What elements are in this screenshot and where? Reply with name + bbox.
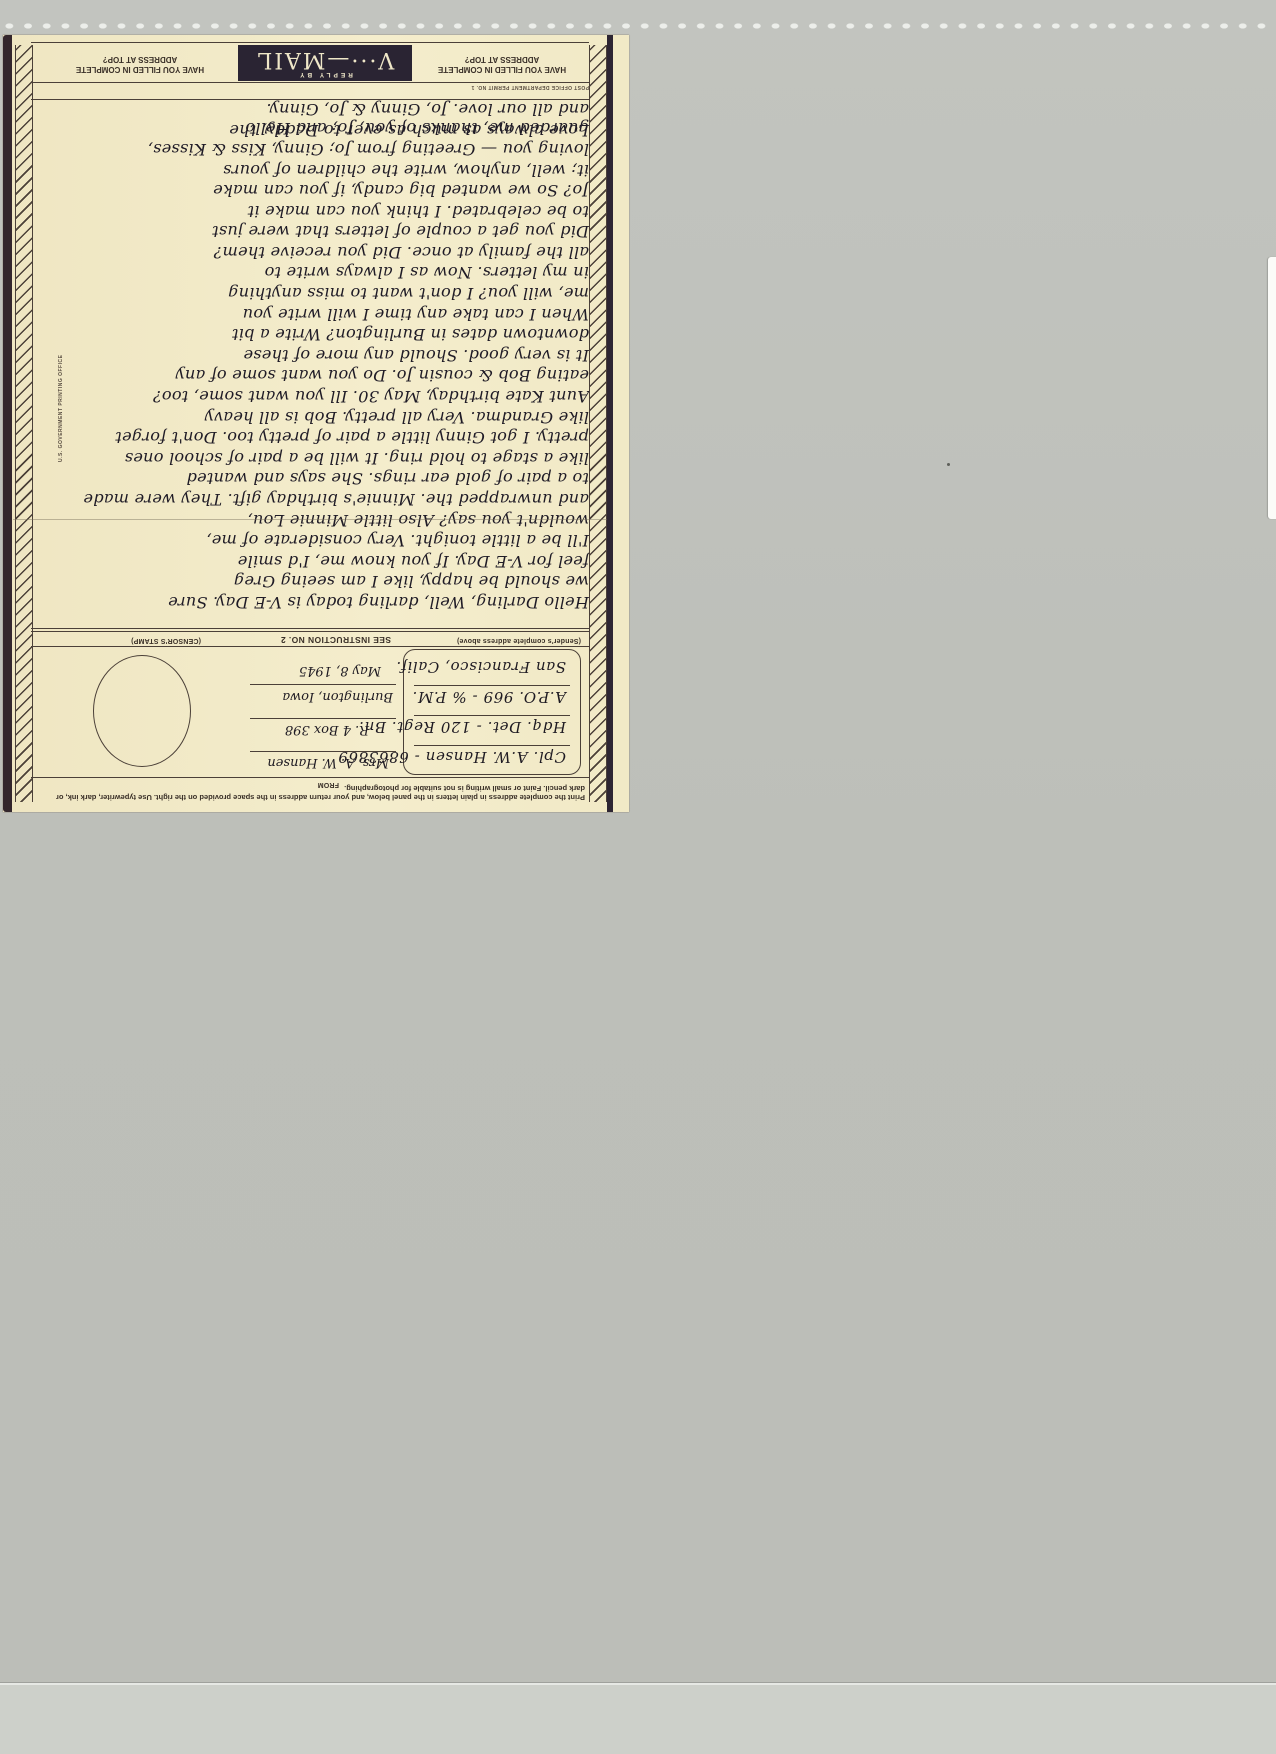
sender-street: R. 4 Box 398 [285,722,369,737]
form-rule [31,631,589,632]
see-instruction-label: SEE INSTRUCTION NO. 2 [281,635,391,645]
form-rule [31,777,589,778]
letter-line: eating Bob & cousin Jo. Do you want some… [37,365,589,386]
address-rule [414,685,570,686]
vmail-letter-sheet: Print the complete address in plain lett… [3,35,629,812]
letter-line: Love always as much as ever to Daddy, th… [37,119,589,140]
letter-line: Jo? So we wanted big candy, if you can m… [37,180,589,201]
paper-fold-crease [13,519,607,520]
censor-stamp-label: (CENSOR'S STAMP) [131,637,201,644]
from-label: FROM [318,781,339,788]
sleeve-perforation-row [0,21,1276,31]
address-rule [250,684,396,685]
form-instructions: Print the complete address in plain lett… [45,784,585,802]
permit-text: POST OFFICE DEPARTMENT PERMIT NO. 1 [471,84,589,90]
recipient-address-panel: Cpl. A.W. Hansen - 6863869 Hdq. Det. - 1… [403,649,581,775]
sender-name: Mrs. A. W. Hansen [267,755,389,770]
address-rule [250,718,396,719]
letter-line: feel for V-E Day. If you know me, I'd sm… [37,550,589,571]
sender-city: Burlington, Iowa [282,689,393,704]
form-rule [31,82,589,83]
address-line: A.P.O. 969 - % P.M. [412,688,566,706]
form-rule [31,646,589,647]
letter-line: it; well, anyhow, write the children of … [37,159,589,180]
letter-date: May 8, 1945 [299,663,381,678]
address-line: Hdq. Det. - 120 Regt. Bn. [359,718,566,736]
address-rule [250,751,396,752]
dust-speck [947,463,950,466]
hatched-border-left [589,45,607,802]
letter-line: pretty. I got Ginny little a pair of pre… [37,427,589,448]
letter-line: like Grandma. Very all pretty. Bob is al… [37,406,589,427]
form-rule [31,42,589,43]
address-line: San Francisco, Calif. [396,658,566,676]
address-rule [414,715,570,716]
letter-line: Did you get a couple of letters that wer… [37,221,589,242]
sender-address-note: (Sender's complete address above) [457,637,581,644]
censor-stamp-circle [93,655,191,767]
letter-line: downtown dates in Burlington? Write a bi… [37,324,589,345]
vmail-logo-badge: REPLY BY V···—MAIL [238,45,412,81]
letter-line: me, will you? I don't want to miss anyth… [37,283,589,304]
handwritten-letter: Hello Darling, Well, darling today is V-… [37,112,589,612]
letter-line: to a pair of gold ear rings. She says an… [37,468,589,489]
letter-line: like a stage to hold ring. It will be a … [37,447,589,468]
letter-line: and unwrapped the. Minnie's birthday gif… [37,488,589,509]
handwritten-letter-closing: Love always as much as ever to Daddy, th… [37,98,589,140]
sleeve-side-tab [1268,257,1276,519]
sheet-dark-edge [3,35,12,812]
letter-line: we should be happy, like I am seeing Gre… [37,571,589,592]
letter-line: I'll be a little tonight. Very considera… [37,530,589,551]
letter-line: It is very good. Should any more of thes… [37,344,589,365]
form-rule [31,628,589,629]
side-printer-mark: U.S. GOVERNMENT PRINTING OFFICE [58,355,64,462]
letter-line: loving you — Greeting from Jo; Ginny, Ki… [37,138,589,159]
sleeve-lower-edge [0,1683,1276,1754]
vmail-brand: V···—MAIL [256,48,395,70]
letter-line: to be celebrated. I think you can make i… [37,200,589,221]
hatched-border-right [15,45,33,802]
letter-line: When I can take any time I will write yo… [37,303,589,324]
sheet-dark-edge [607,35,613,812]
address-reminder-right: HAVE YOU FILLED IN COMPLETE ADDRESS AT T… [65,54,215,74]
letter-line: Hello Darling, Well, darling today is V-… [37,591,589,612]
letter-line: in my letters. Now as I always write to [37,262,589,283]
address-reminder-left: HAVE YOU FILLED IN COMPLETE ADDRESS AT T… [427,54,577,74]
address-rule [414,745,570,746]
letter-line: all the family at once. Did you receive … [37,241,589,262]
letter-line: and all our love. Jo, Ginny & Jo, Ginny. [37,99,589,120]
letter-line: Aunt Kate birthday, May 30. Ill you want… [37,385,589,406]
